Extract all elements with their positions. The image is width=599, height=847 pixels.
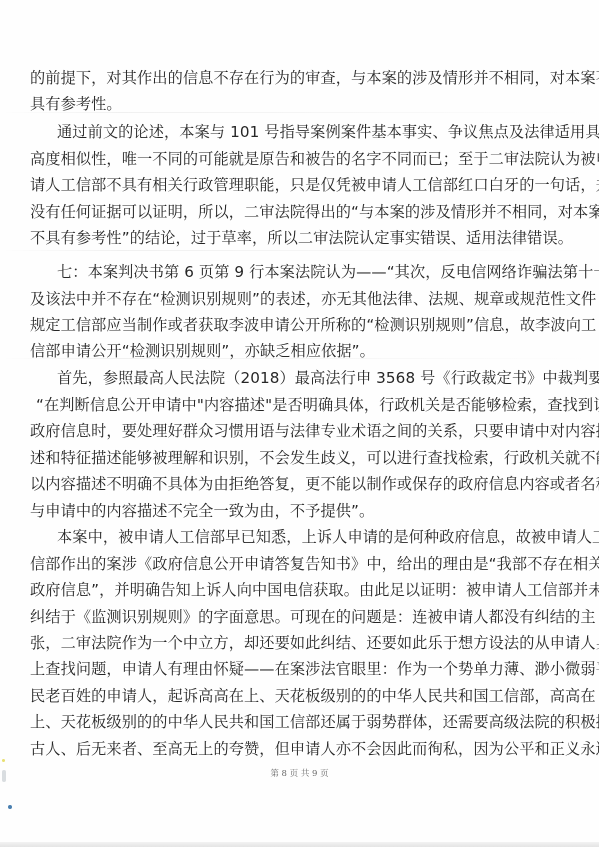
document-page: 的前提下，对其作出的信息不存在行为的审查，与本案的涉及情形并不相同，对本案不 具… (0, 0, 599, 847)
scan-mark-blue (8, 805, 12, 809)
scan-mark-yellow (2, 759, 5, 762)
scan-mark-gray (2, 770, 6, 782)
page-number: 第 8 页 共 9 页 (0, 767, 599, 779)
document-body-penultimate (30, 0, 563, 847)
page-bottom-edge (0, 842, 599, 847)
